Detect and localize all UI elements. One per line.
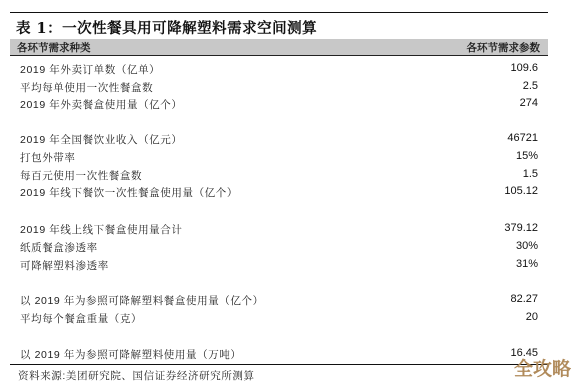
row-label: 每百元使用一次性餐盒数 (20, 168, 142, 183)
row-value: 105.12 (504, 185, 538, 197)
row-label: 平均每个餐盒重量（克） (20, 311, 142, 326)
header-parameter: 各环节需求参数 (467, 40, 541, 55)
watermark-logo: 全攻略 (514, 354, 571, 381)
row-label: 2019 年外卖餐盒使用量（亿个） (20, 97, 182, 112)
table-row: 可降解塑料渗透率 31% (10, 257, 548, 274)
row-label: 平均每单使用一次性餐盒数 (20, 80, 153, 95)
row-label: 以 2019 年为参照可降解塑料使用量（万吨） (20, 347, 242, 362)
table-header: 各环节需求种类 各环节需求参数 (10, 39, 548, 56)
source-note: 资料来源:美团研究院、国信证券经济研究所测算 (18, 368, 255, 383)
row-value: 82.27 (510, 293, 538, 305)
table-row: 打包外带率 15% (10, 149, 548, 166)
row-label: 以 2019 年为参照可降解塑料餐盒使用量（亿个） (20, 293, 264, 308)
table-row: 纸质餐盒渗透率 30% (10, 239, 548, 256)
table-row: 2019 年全国餐饮业收入（亿元） 46721 (10, 131, 548, 148)
table-row: 以 2019 年为参照可降解塑料使用量（万吨） 16.45 (10, 346, 548, 363)
row-value: 1.5 (523, 168, 538, 180)
table-bottom-rule (10, 364, 548, 365)
table-row: 2019 年外卖订单数（亿单） 109.6 (10, 61, 548, 78)
row-label: 2019 年线下餐饮一次性餐盒使用量（亿个） (20, 185, 238, 200)
row-value: 20 (526, 311, 538, 323)
table-row: 2019 年外卖餐盒使用量（亿个） 274 (10, 96, 548, 113)
row-value: 2.5 (523, 80, 538, 92)
row-value: 46721 (507, 132, 538, 144)
row-label: 可降解塑料渗透率 (20, 258, 109, 273)
row-label: 纸质餐盒渗透率 (20, 240, 98, 255)
table-row: 每百元使用一次性餐盒数 1.5 (10, 167, 548, 184)
row-label: 打包外带率 (20, 150, 76, 165)
row-value: 15% (516, 150, 538, 162)
table-row: 2019 年线下餐饮一次性餐盒使用量（亿个） 105.12 (10, 184, 548, 201)
row-label: 2019 年全国餐饮业收入（亿元） (20, 132, 182, 147)
row-label: 2019 年线上线下餐盒使用量合计 (20, 222, 182, 237)
table-row: 平均每单使用一次性餐盒数 2.5 (10, 79, 548, 96)
table-title: 表 1：一次性餐具用可降解塑料需求空间测算 (16, 17, 317, 38)
row-label: 2019 年外卖订单数（亿单） (20, 62, 160, 77)
table-row: 2019 年线上线下餐盒使用量合计 379.12 (10, 221, 548, 238)
row-value: 274 (520, 97, 538, 109)
title-top-rule (10, 12, 548, 13)
table-row: 平均每个餐盒重量（克） 20 (10, 310, 548, 327)
header-category: 各环节需求种类 (17, 40, 91, 55)
row-value: 31% (516, 258, 538, 270)
row-value: 109.6 (510, 62, 538, 74)
table-row: 以 2019 年为参照可降解塑料餐盒使用量（亿个） 82.27 (10, 292, 548, 309)
row-value: 30% (516, 240, 538, 252)
row-value: 379.12 (504, 222, 538, 234)
